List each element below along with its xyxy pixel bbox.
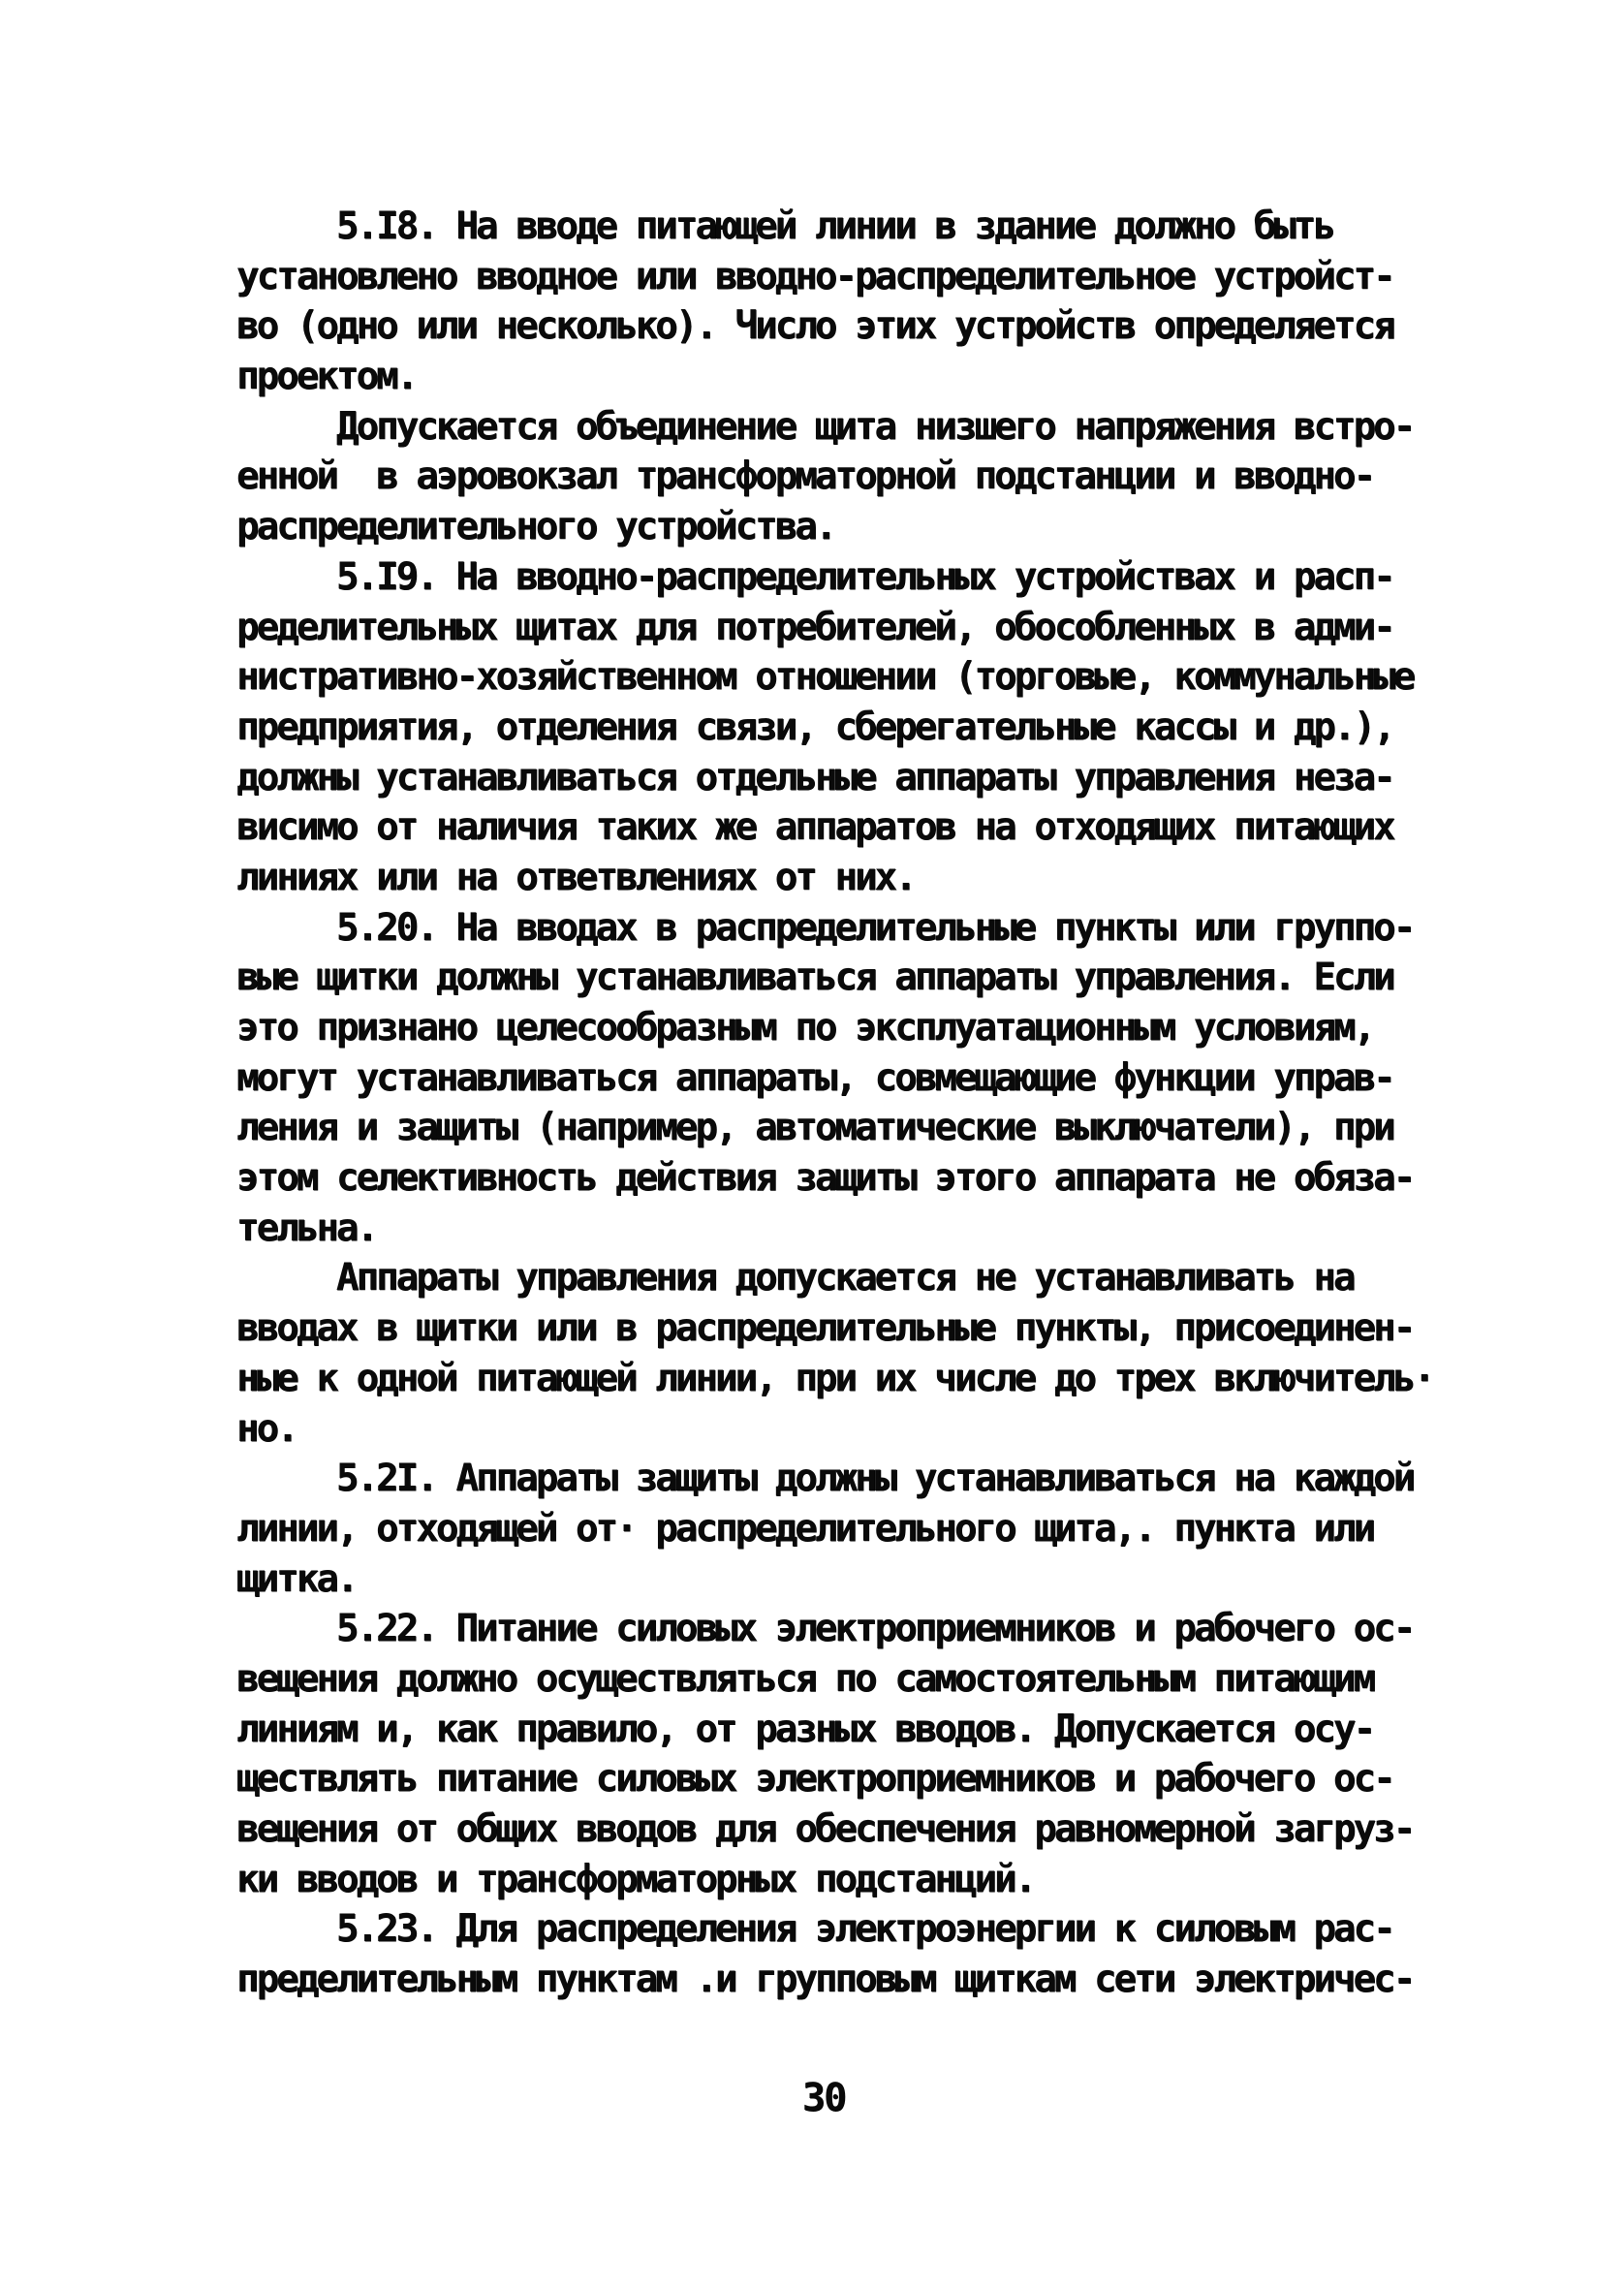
- text-line: нистративно-хозяйственном отношении (тор…: [236, 652, 1496, 703]
- text-line: ки вводов и трансформаторных подстанций.: [236, 1855, 1496, 1905]
- text-line: Допускается объединение щита низшего нап…: [236, 402, 1496, 453]
- text-line: пределительным пунктам .и групповым щитк…: [236, 1955, 1496, 2005]
- text-line: 5.23. Для распределения электроэнергии к…: [236, 1904, 1496, 1955]
- text-line: вые щитки должны устанавливаться аппарат…: [236, 953, 1496, 1003]
- text-line: 5.20. На вводах в распределительные пунк…: [236, 903, 1496, 954]
- text-line: могут устанавливаться аппараты, совмещаю…: [236, 1053, 1496, 1104]
- text-line: линии, отходящей от· распределительного …: [236, 1504, 1496, 1554]
- page-number: 30: [236, 2076, 1411, 2120]
- text-line: этом селективность действия защиты этого…: [236, 1153, 1496, 1204]
- text-line: 5.I8. На вводе питающей линии в здание д…: [236, 202, 1496, 252]
- text-line: распределительного устройства.: [236, 502, 1496, 552]
- text-line: висимо от наличия таких же аппаратов на …: [236, 802, 1496, 853]
- text-line: тельна.: [236, 1204, 1496, 1254]
- text-line: предприятия, отделения связи, сберегател…: [236, 703, 1496, 753]
- text-line: Аппараты управления допускается не устан…: [236, 1253, 1496, 1303]
- text-line: это признано целесообразным по эксплуата…: [236, 1003, 1496, 1053]
- text-line: вводах в щитки или в распределительные п…: [236, 1303, 1496, 1354]
- body-text: 5.I8. На вводе питающей линии в здание д…: [236, 202, 1496, 2005]
- text-line: вещения должно осуществляться по самосто…: [236, 1654, 1496, 1705]
- text-line: енной в аэровокзал трансформаторной подс…: [236, 452, 1496, 502]
- text-line: вещения от общих вводов для обеспечения …: [236, 1804, 1496, 1855]
- text-line: должны устанавливаться отдельные аппарат…: [236, 753, 1496, 803]
- document-page: 5.I8. На вводе питающей линии в здание д…: [0, 0, 1624, 2289]
- text-line: установлено вводное или вводно-распредел…: [236, 252, 1496, 302]
- text-line: 5.I9. На вводно-распределительных устрой…: [236, 552, 1496, 603]
- text-line: ществлять питание силовых электроприемни…: [236, 1754, 1496, 1804]
- text-line: ределительных щитах для потребителей, об…: [236, 603, 1496, 653]
- text-line: проектом.: [236, 352, 1496, 402]
- text-line: во (одно или несколько). Число этих устр…: [236, 301, 1496, 352]
- text-line: щитка.: [236, 1554, 1496, 1605]
- text-line: 5.2I. Аппараты защиты должны устанавлива…: [236, 1454, 1496, 1504]
- text-line: 5.22. Питание силовых электроприемников …: [236, 1604, 1496, 1654]
- text-line: ные к одной питающей линии, при их числе…: [236, 1354, 1496, 1404]
- text-line: но.: [236, 1404, 1496, 1455]
- text-line: линиям и, как правило, от разных вводов.…: [236, 1705, 1496, 1755]
- text-line: линиях или на ответвлениях от них.: [236, 853, 1496, 903]
- text-line: ления и защиты (например, автоматические…: [236, 1103, 1496, 1153]
